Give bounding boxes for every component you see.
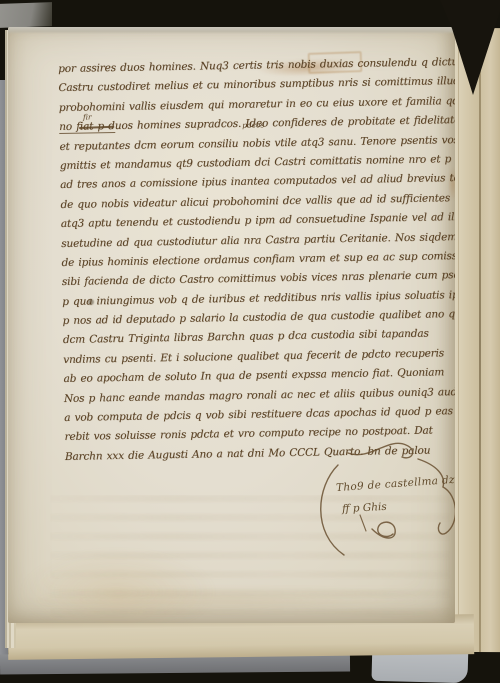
- book-fore-edge: [452, 28, 500, 652]
- table-surface-topleft: [0, 2, 52, 28]
- manuscript-page: por assires duos homines. Nuq3 certis tr…: [8, 27, 455, 623]
- manuscript-text-block: por assires duos homines. Nuq3 certis tr…: [58, 53, 455, 467]
- superscript-correction: fir: [83, 112, 92, 121]
- fore-edge-crease-light: [458, 28, 459, 652]
- notary-signature: Tho9 de castellma dz ff p Ghis: [300, 435, 455, 585]
- interlinear-addition: pdcos: [242, 120, 264, 129]
- fore-edge-crease: [479, 28, 481, 652]
- signature-subscription: ff p Ghis: [342, 501, 387, 515]
- manuscript-photo: por assires duos homines. Nuq3 certis tr…: [0, 0, 500, 683]
- page-top-edge: [8, 27, 455, 34]
